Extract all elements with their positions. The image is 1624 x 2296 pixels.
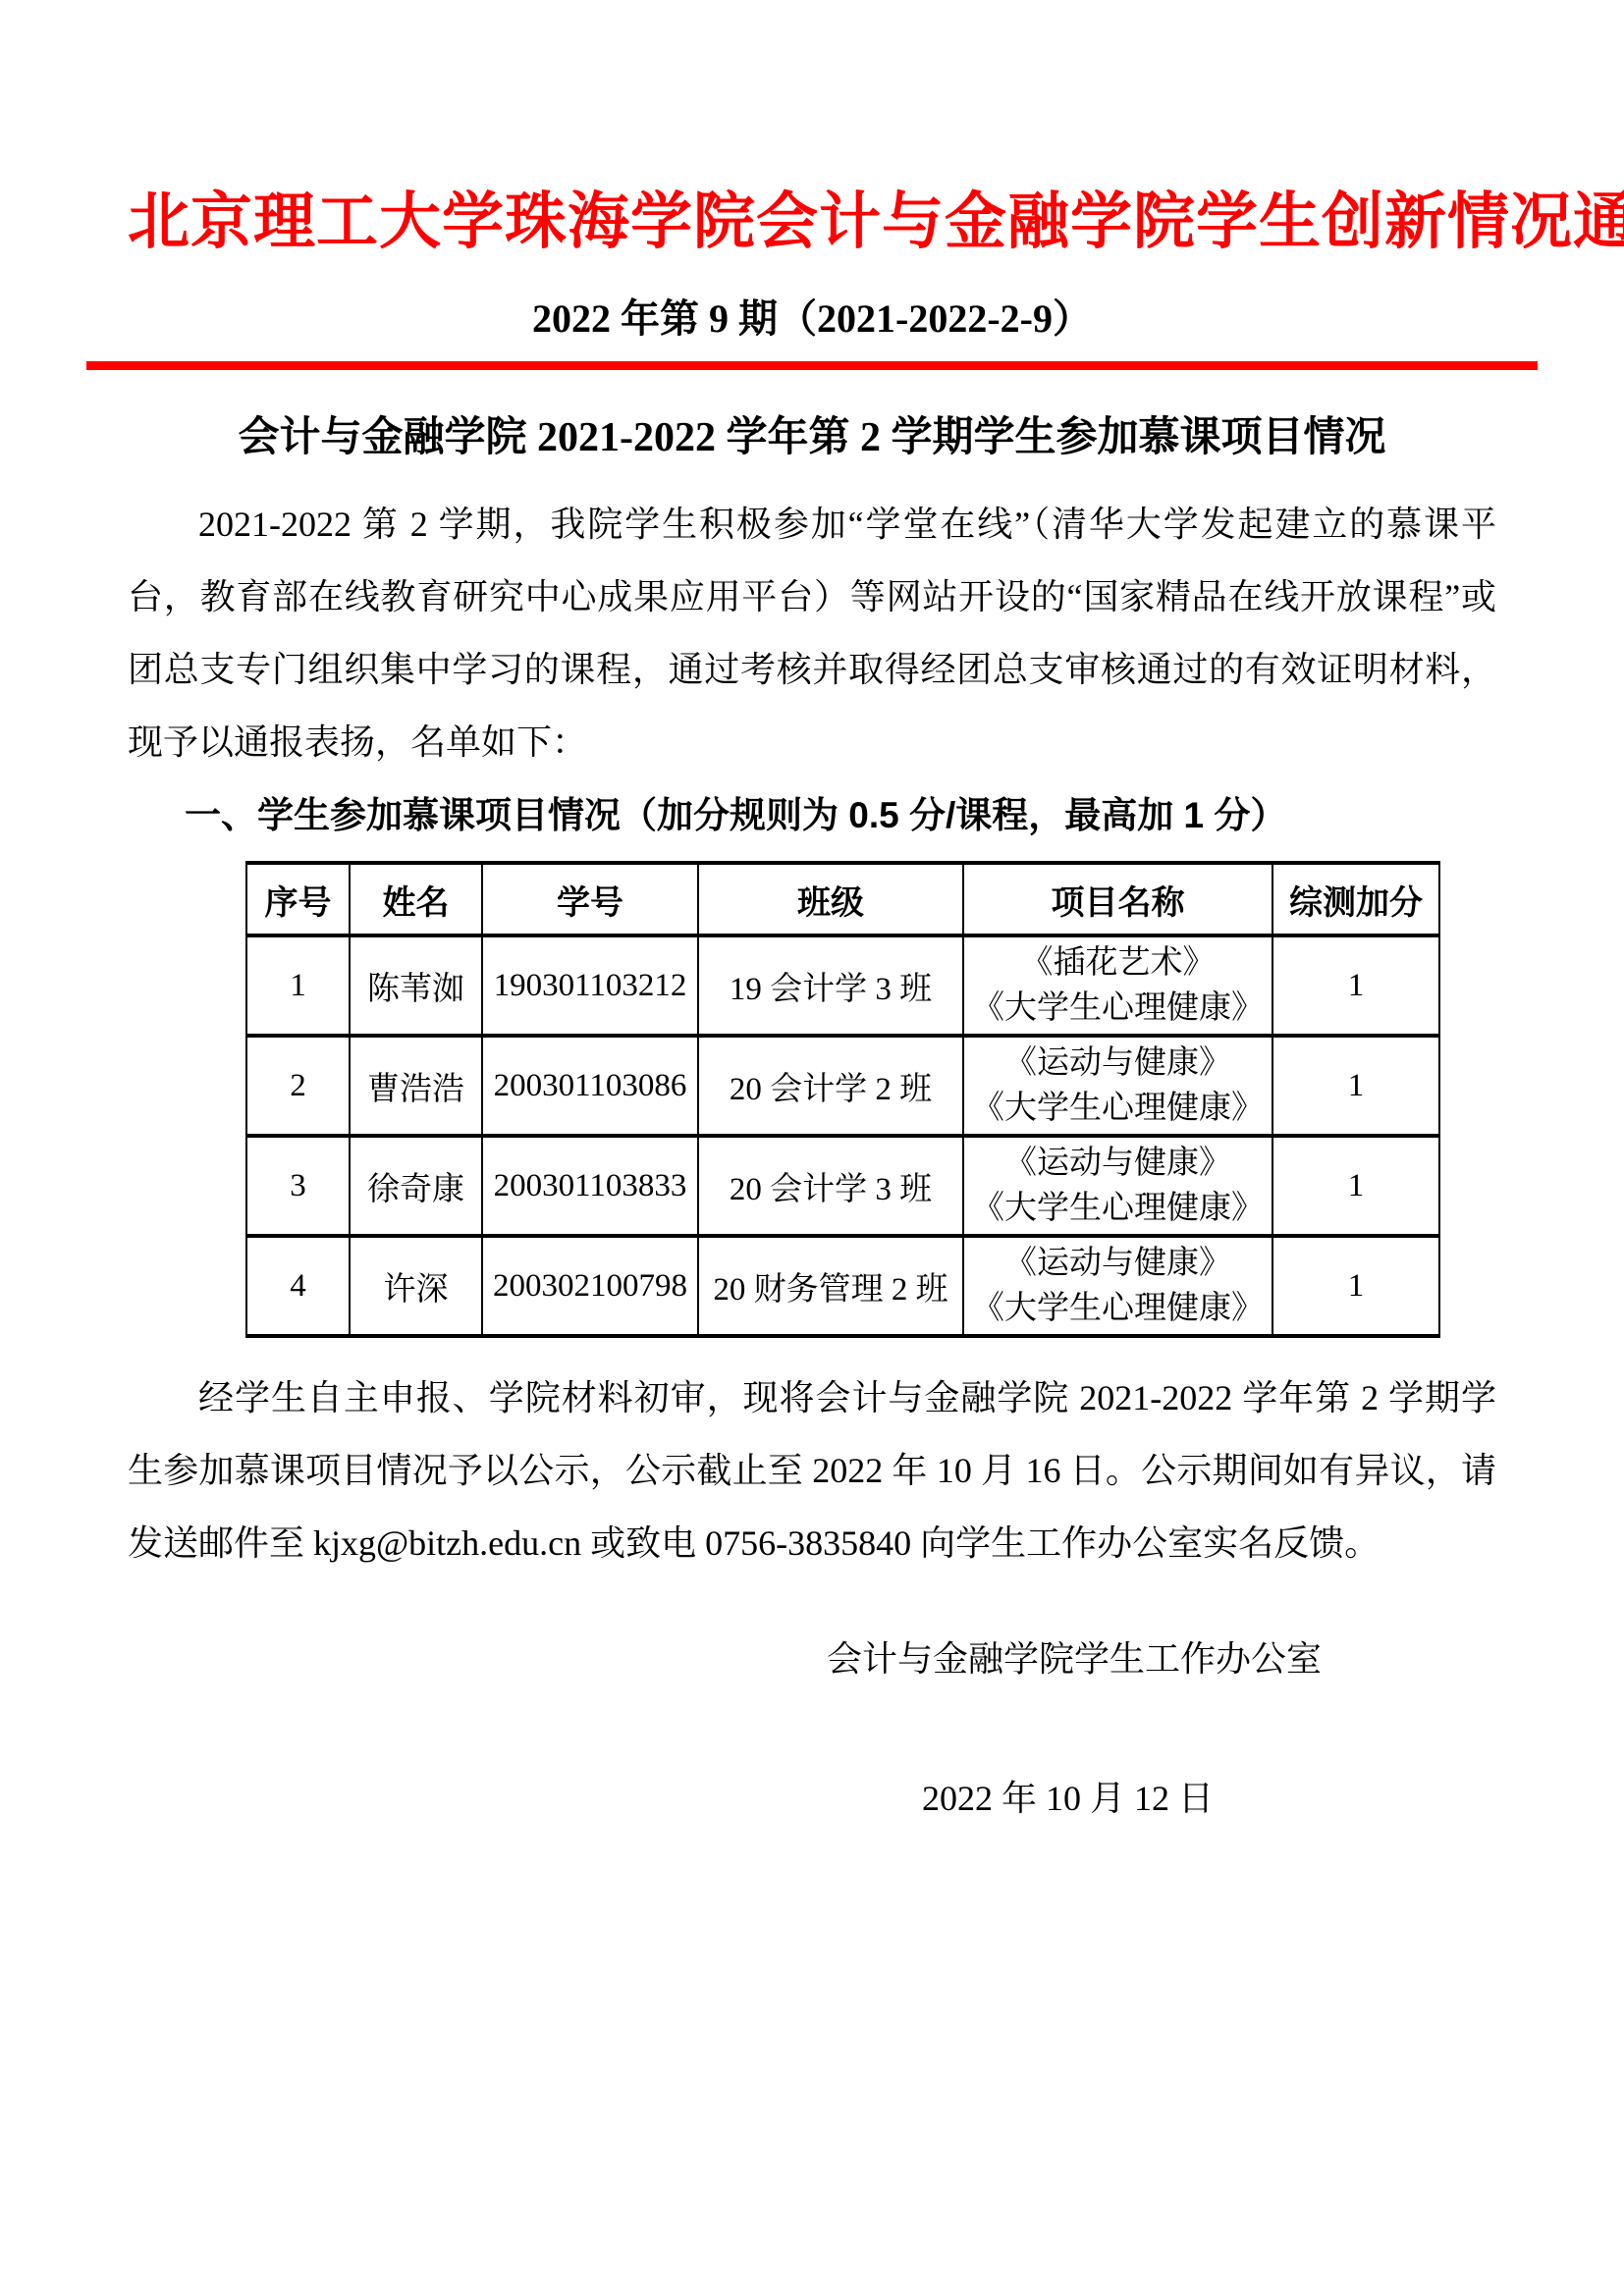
table-row: 1 陈苇洳 190301103212 19 会计学 3 班 《插花艺术》 《大学… — [246, 935, 1439, 1036]
cell-score: 1 — [1272, 1236, 1439, 1336]
cell-class: 19 会计学 3 班 — [698, 935, 963, 1036]
list-section-heading: 一、学生参加慕课项目情况（加分规则为 0.5 分/课程，最高加 1 分） — [128, 788, 1496, 843]
project-name: 《大学生心理健康》 — [968, 1086, 1268, 1131]
document-date: 2022 年 10 月 12 日 — [128, 1776, 1496, 1821]
red-divider-rule — [86, 361, 1538, 370]
cell-name: 徐奇康 — [350, 1136, 482, 1236]
intro-paragraph: 2021-2022 第 2 学期，我院学生积极参加“学堂在线”（清华大学发起建立… — [128, 488, 1496, 778]
project-name: 《运动与健康》 — [968, 1041, 1268, 1086]
cell-class: 20 财务管理 2 班 — [698, 1236, 963, 1336]
cell-score: 1 — [1272, 1136, 1439, 1236]
project-name: 《大学生心理健康》 — [968, 1186, 1268, 1231]
cell-name: 曹浩浩 — [350, 1036, 482, 1136]
cell-student-id: 200302100798 — [482, 1236, 698, 1336]
cell-projects: 《插花艺术》 《大学生心理健康》 — [963, 935, 1272, 1036]
cell-no: 1 — [246, 935, 350, 1036]
mooc-participation-table: 序号 姓名 学号 班级 项目名称 综测加分 1 陈苇洳 190301103212… — [245, 861, 1440, 1338]
table-row: 2 曹浩浩 200301103086 20 会计学 2 班 《运动与健康》 《大… — [246, 1036, 1439, 1136]
header-name: 姓名 — [350, 863, 482, 935]
cell-class: 20 会计学 2 班 — [698, 1036, 963, 1136]
document-title: 北京理工大学珠海学院会计与金融学院学生创新情况通报 — [128, 187, 1496, 257]
cell-no: 4 — [246, 1236, 350, 1336]
header-no: 序号 — [246, 863, 350, 935]
project-name: 《大学生心理健康》 — [968, 1286, 1268, 1331]
cell-projects: 《运动与健康》 《大学生心理健康》 — [963, 1236, 1272, 1336]
cell-student-id: 190301103212 — [482, 935, 698, 1036]
publicity-paragraph: 经学生自主申报、学院材料初审，现将会计与金融学院 2021-2022 学年第 2… — [128, 1362, 1496, 1579]
cell-student-id: 200301103086 — [482, 1036, 698, 1136]
header-score: 综测加分 — [1272, 863, 1439, 935]
cell-projects: 《运动与健康》 《大学生心理健康》 — [963, 1136, 1272, 1236]
cell-projects: 《运动与健康》 《大学生心理健康》 — [963, 1036, 1272, 1136]
header-project: 项目名称 — [963, 863, 1272, 935]
table-row: 3 徐奇康 200301103833 20 会计学 3 班 《运动与健康》 《大… — [246, 1136, 1439, 1236]
project-name: 《运动与健康》 — [968, 1141, 1268, 1186]
cell-no: 3 — [246, 1136, 350, 1236]
cell-name: 许深 — [350, 1236, 482, 1336]
header-student-id: 学号 — [482, 863, 698, 935]
project-name: 《运动与健康》 — [968, 1241, 1268, 1286]
project-name: 《插花艺术》 — [968, 940, 1268, 986]
cell-score: 1 — [1272, 935, 1439, 1036]
table-row: 4 许深 200302100798 20 财务管理 2 班 《运动与健康》 《大… — [246, 1236, 1439, 1336]
table-header-row: 序号 姓名 学号 班级 项目名称 综测加分 — [246, 863, 1439, 935]
issue-number: 2022 年第 9 期（2021-2022-2-9） — [128, 296, 1496, 342]
header-class: 班级 — [698, 863, 963, 935]
cell-student-id: 200301103833 — [482, 1136, 698, 1236]
notice-heading: 会计与金融学院 2021-2022 学年第 2 学期学生参加慕课项目情况 — [128, 413, 1496, 462]
signature: 会计与金融学院学生工作办公室 — [128, 1636, 1496, 1682]
cell-name: 陈苇洳 — [350, 935, 482, 1036]
cell-score: 1 — [1272, 1036, 1439, 1136]
cell-no: 2 — [246, 1036, 350, 1136]
cell-class: 20 会计学 3 班 — [698, 1136, 963, 1236]
document-page: 北京理工大学珠海学院会计与金融学院学生创新情况通报 2022 年第 9 期（20… — [0, 0, 1624, 2296]
project-name: 《大学生心理健康》 — [968, 986, 1268, 1031]
